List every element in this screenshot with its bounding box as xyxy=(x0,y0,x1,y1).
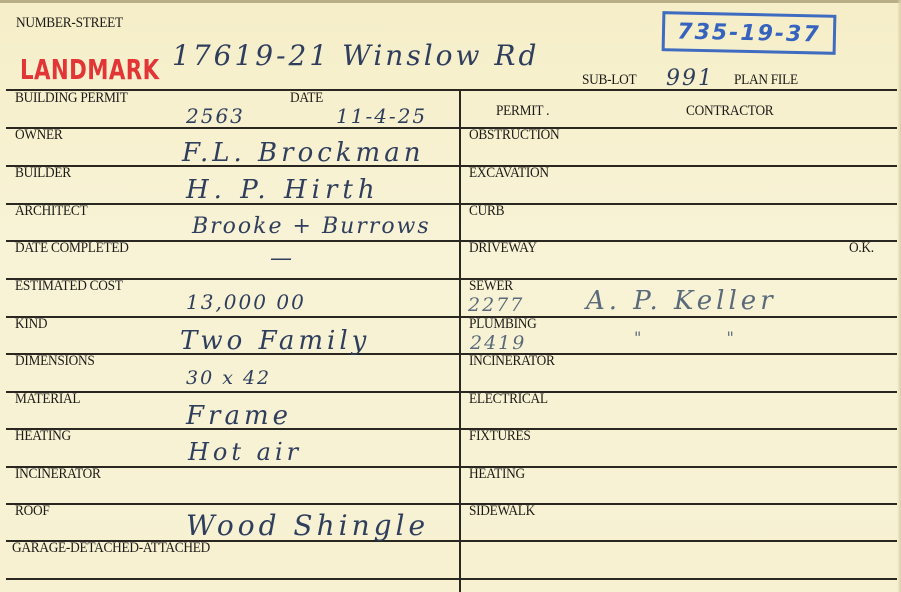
excavation-label: EXCAVATION xyxy=(469,166,549,181)
architect-value: Brooke + Burrows xyxy=(192,216,431,238)
estimated-cost-label: ESTIMATED COST xyxy=(15,279,123,294)
rule-line xyxy=(6,316,897,318)
garage-label: GARAGE-DETACHED-ATTACHED xyxy=(12,541,210,556)
estimated-cost-value: 13,000 00 xyxy=(186,292,306,312)
curb-label: CURB xyxy=(469,204,504,219)
column-divider xyxy=(459,89,461,592)
plumbing-label: PLUMBING xyxy=(469,317,536,332)
rule-line xyxy=(6,278,897,280)
dimensions-value: 30 x 42 xyxy=(186,369,271,388)
owner-label: OWNER xyxy=(15,128,63,143)
sub-lot-value: 991 xyxy=(666,68,714,90)
plumbing-permit-value: 2419 xyxy=(470,334,526,353)
date-label: DATE xyxy=(290,91,323,106)
material-value: Frame xyxy=(186,403,292,429)
owner-value: F.L. Brockman xyxy=(182,140,424,166)
sewer-label: SEWER xyxy=(469,279,513,294)
builder-value: H. P. Hirth xyxy=(186,177,380,203)
kind-value: Two Family xyxy=(180,328,370,354)
landmark-stamp: LANDMARK xyxy=(20,55,160,87)
driveway-note: O.K. xyxy=(849,241,874,256)
building-permit-value: 2563 xyxy=(186,106,245,126)
fixtures-label: FIXTURES xyxy=(469,429,531,444)
parcel-number-stamp: 735-19-37 xyxy=(662,11,837,55)
dimensions-label: DIMENSIONS xyxy=(15,354,95,369)
parcel-number: 735-19-37 xyxy=(677,19,821,47)
kind-label: KIND xyxy=(15,317,47,332)
heating-label: HEATING xyxy=(15,429,71,444)
permit-column-header: PERMIT . xyxy=(496,104,549,119)
building-permit-label: BUILDING PERMIT xyxy=(15,91,128,106)
date-completed-value: — xyxy=(270,248,294,270)
date-value: 11-4-25 xyxy=(336,106,427,126)
rule-line xyxy=(6,240,897,242)
builder-label: BUILDER xyxy=(15,166,71,181)
incinerator-label: INCINERATOR xyxy=(15,467,101,482)
sewer-permit-value: 2277 xyxy=(468,296,524,315)
plan-file-label: PLAN FILE xyxy=(734,73,798,88)
rule-line xyxy=(6,203,897,205)
roof-label: ROOF xyxy=(15,504,49,519)
electrical-label: ELECTRICAL xyxy=(469,392,548,407)
obstruction-label: OBSTRUCTION xyxy=(469,128,559,143)
rule-line xyxy=(6,578,897,580)
sewer-contractor-value: A. P. Keller xyxy=(586,288,777,314)
architect-label: ARCHITECT xyxy=(15,204,87,219)
rule-line xyxy=(6,391,897,393)
driveway-label: DRIVEWAY xyxy=(469,241,537,256)
sidewalk-label: SIDEWALK xyxy=(469,504,535,519)
roof-value: Wood Shingle xyxy=(186,512,429,540)
number-street-label: NUMBER-STREET xyxy=(16,16,123,31)
plumbing-contractor-value: " " xyxy=(634,330,774,346)
rule-line xyxy=(6,127,897,129)
rule-line xyxy=(6,165,897,167)
rule-line xyxy=(6,428,897,430)
rule-line xyxy=(6,466,897,468)
address-value: 17619-21 Winslow Rd xyxy=(172,42,539,70)
incinerator-permit-label: INCINERATOR xyxy=(469,354,555,369)
date-completed-label: DATE COMPLETED xyxy=(15,241,129,256)
material-label: MATERIAL xyxy=(15,392,80,407)
building-permit-card: NUMBER-STREET LANDMARK 17619-21 Winslow … xyxy=(0,0,901,592)
rule-line xyxy=(6,353,897,355)
rule-line xyxy=(6,503,897,505)
rule-line xyxy=(6,89,897,91)
contractor-column-header: CONTRACTOR xyxy=(686,104,773,119)
heating-permit-label: HEATING xyxy=(469,467,525,482)
heating-value: Hot air xyxy=(188,440,302,464)
sub-lot-label: SUB-LOT xyxy=(582,73,636,88)
